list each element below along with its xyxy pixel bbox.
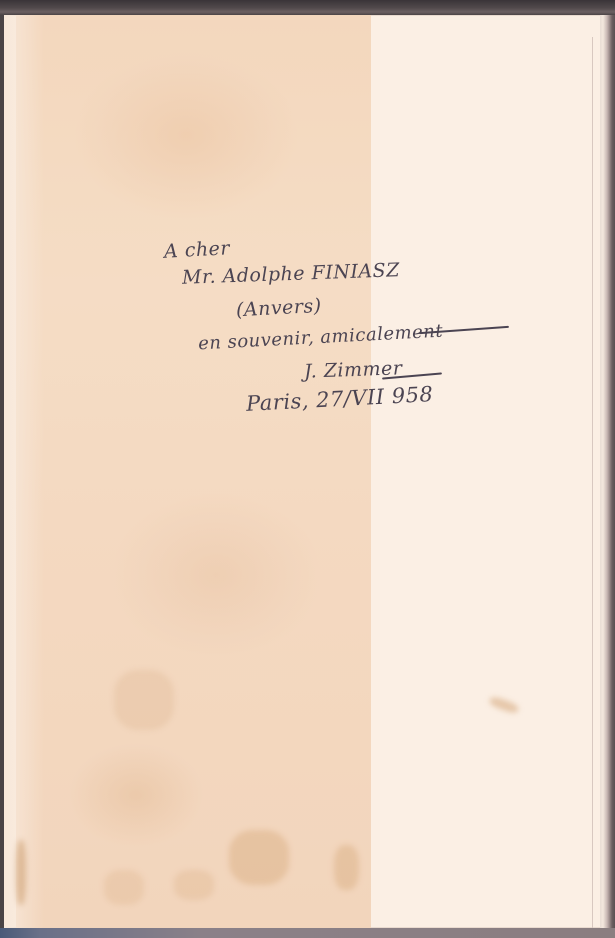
dedication-recipient: Mr. Adolphe FINIASZ: [182, 259, 401, 289]
foxing-spot: [488, 695, 520, 715]
scanner-bottom-edge: [0, 928, 615, 938]
page-edge-line: [592, 37, 593, 928]
dedication-place-date: Paris, 27/VII 958: [246, 382, 434, 416]
foxing-stain: [229, 830, 289, 885]
dedication-salutation: A cher: [163, 237, 230, 262]
foxing-stain: [174, 870, 214, 900]
foxing-stain: [16, 840, 26, 905]
dedication-location: (Anvers): [235, 295, 322, 321]
tanned-area: [16, 15, 371, 928]
scanned-page: A cher Mr. Adolphe FINIASZ (Anvers) en s…: [0, 0, 615, 938]
book-flyleaf: A cher Mr. Adolphe FINIASZ (Anvers) en s…: [4, 15, 602, 928]
foxing-stain: [104, 870, 144, 905]
handwritten-dedication: A cher Mr. Adolphe FINIASZ (Anvers) en s…: [154, 237, 534, 427]
foxing-speckles: [114, 670, 174, 730]
page-fore-edge: [600, 15, 615, 928]
foxing-stain: [334, 845, 359, 890]
gutter-fade: [4, 15, 44, 928]
dedication-message: en souvenir, amicalement: [198, 321, 444, 355]
